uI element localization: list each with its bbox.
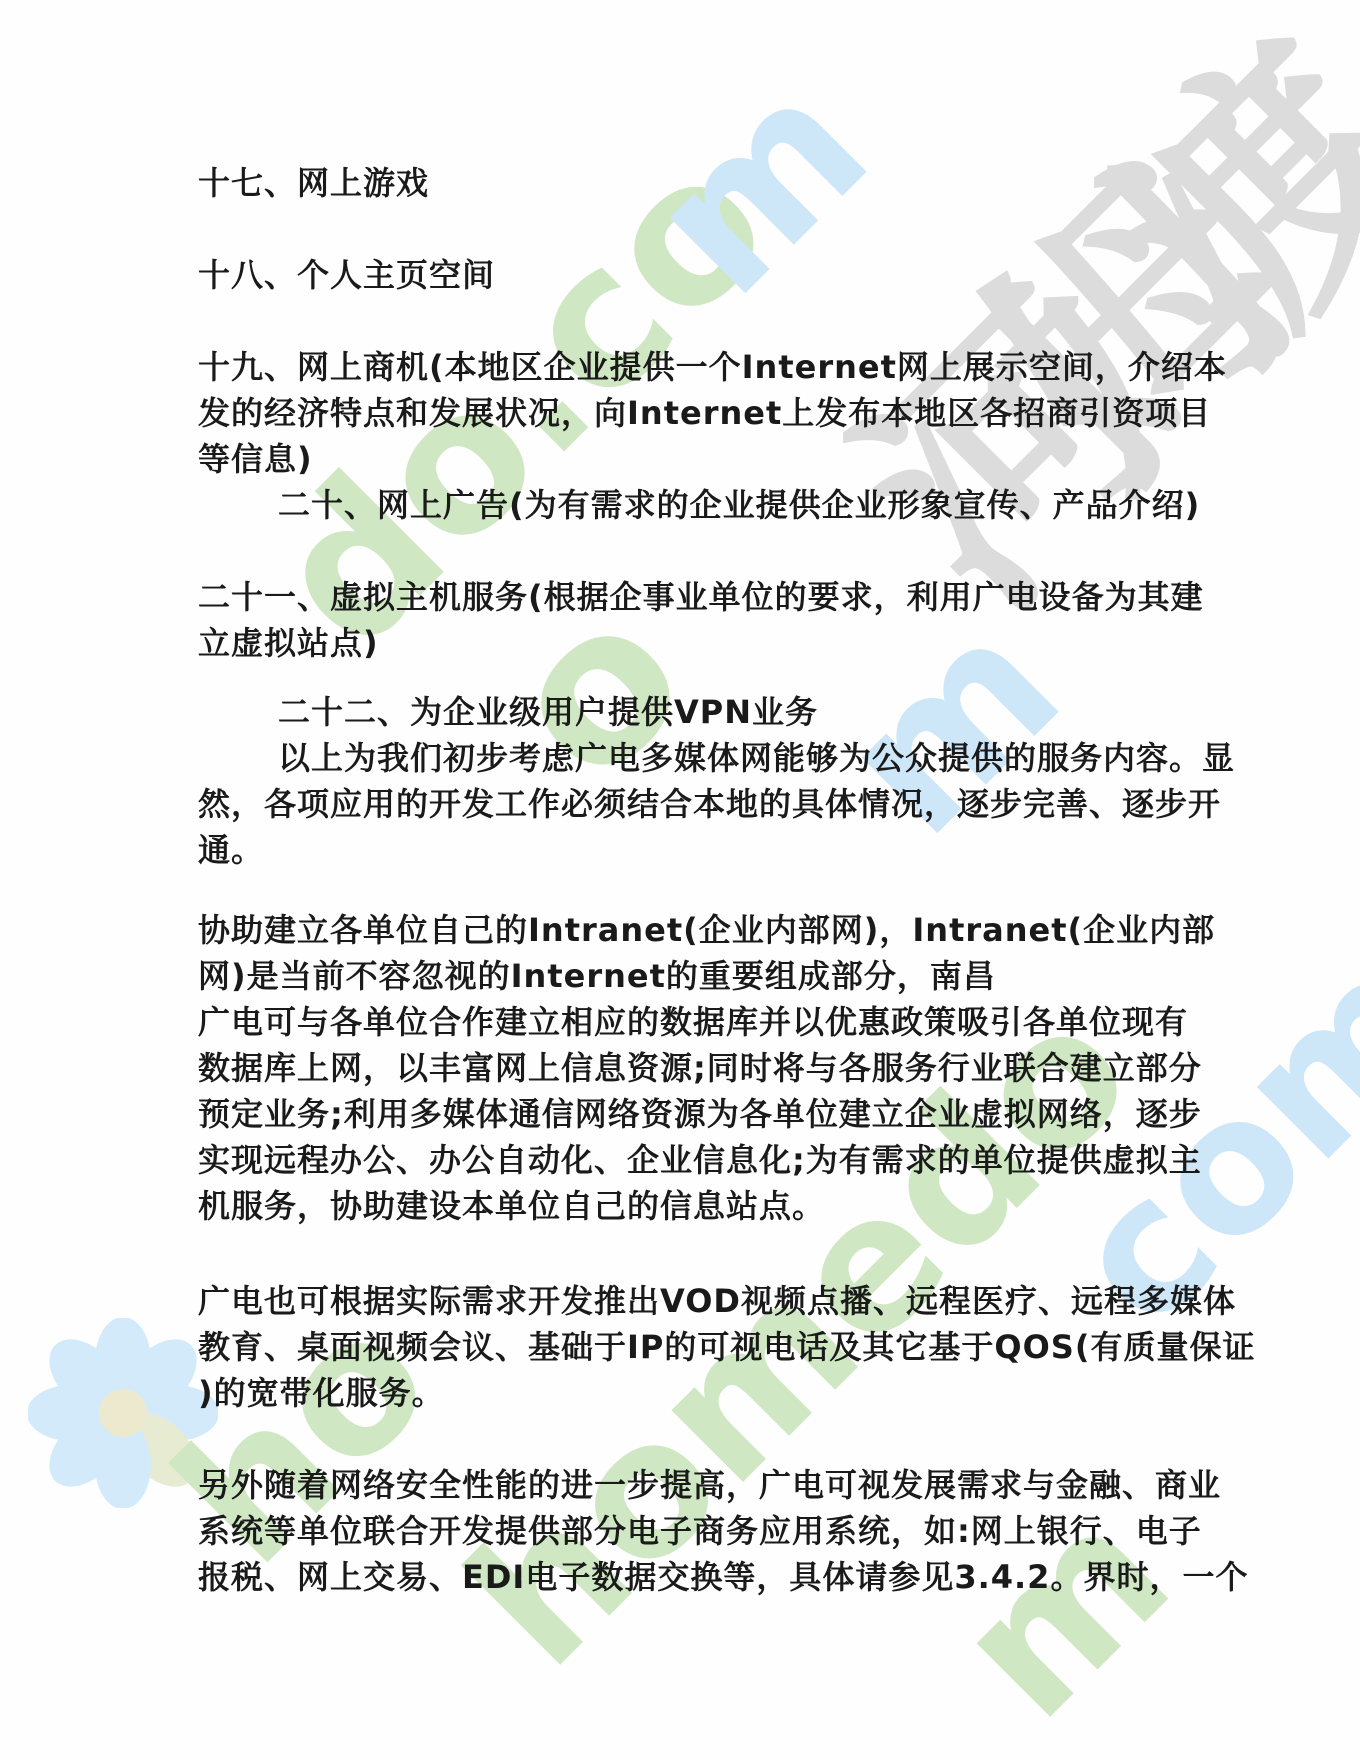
text-line: 十八、个人主页空间 (198, 257, 495, 294)
text-line: 二十二、为企业级用户提供VPN业务 (278, 694, 818, 731)
text-line: 十七、网上游戏 (198, 165, 429, 202)
text-line: 立虚拟站点) (198, 625, 379, 662)
text-line: 广电可与各单位合作建立相应的数据库并以优惠政策吸引各单位现有 (198, 1004, 1188, 1041)
text-line: 以上为我们初步考虑广电多媒体网能够为公众提供的服务内容。显 (278, 740, 1235, 777)
document-text-layer: 十七、网上游戏十八、个人主页空间十九、网上商机(本地区企业提供一个Interne… (0, 0, 1360, 1760)
text-line: 系统等单位联合开发提供部分电子商务应用系统，如:网上银行、电子 (198, 1513, 1202, 1550)
text-line: 协助建立各单位自己的Intranet(企业内部网)，Intranet(企业内部 (198, 912, 1215, 949)
text-line: 通。 (198, 832, 264, 869)
text-line: 发的经济特点和发展状况，向Internet上发布本地区各招商引资项目 (198, 395, 1211, 432)
text-line: 广电也可根据实际需求开发推出VOD视频点播、远程医疗、远程多媒体 (198, 1283, 1236, 1320)
text-line: 网)是当前不容忽视的Internet的重要组成部分，南昌 (198, 958, 996, 995)
text-line: )的宽带化服务。 (198, 1375, 445, 1412)
text-line: 十九、网上商机(本地区企业提供一个Internet网上展示空间，介绍本 (198, 349, 1227, 386)
text-line: 机服务，协助建设本单位自己的信息站点。 (198, 1188, 825, 1225)
text-line: 教育、桌面视频会议、基础于IP的可视电话及其它基于QOS(有质量保证 (198, 1329, 1255, 1366)
text-line: 二十一、虚拟主机服务(根据企事业单位的要求，利用广电设备为其建 (198, 579, 1204, 616)
text-line: 数据库上网，以丰富网上信息资源;同时将与各服务行业联合建立部分 (198, 1050, 1202, 1087)
document-page: do.comomhomedohocomm河姆渡 十七、网上游戏十八、个人主页空间… (0, 0, 1360, 1760)
text-line: 另外随着网络安全性能的进一步提高，广电可视发展需求与金融、商业 (198, 1467, 1221, 1504)
text-line: 二十、网上广告(为有需求的企业提供企业形象宣传、产品介绍) (278, 487, 1200, 524)
text-line: 等信息) (198, 441, 313, 478)
text-line: 然，各项应用的开发工作必须结合本地的具体情况，逐步完善、逐步开 (198, 786, 1221, 823)
text-line: 预定业务;利用多媒体通信网络资源为各单位建立企业虚拟网络，逐步 (198, 1096, 1202, 1133)
text-line: 报税、网上交易、EDI电子数据交换等，具体请参见3.4.2。界时，一个 (198, 1559, 1248, 1596)
text-line: 实现远程办公、办公自动化、企业信息化;为有需求的单位提供虚拟主 (198, 1142, 1202, 1179)
